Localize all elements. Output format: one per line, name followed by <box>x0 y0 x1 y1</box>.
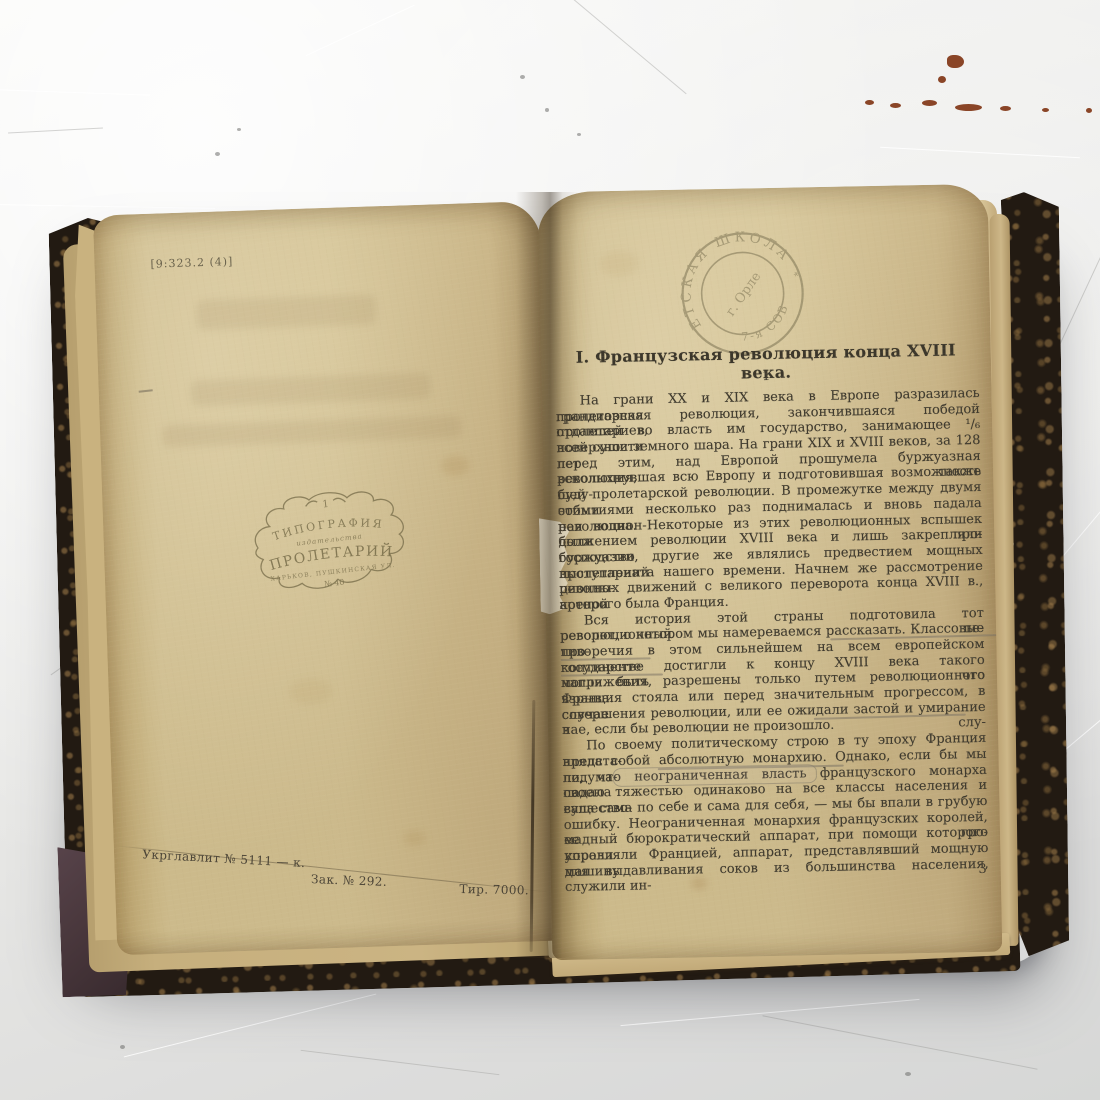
censor-imprint: Укрглавлит № 5111 — к. <box>142 847 306 870</box>
page-number: 3 <box>978 862 987 877</box>
library-classification-mark: [9:323.2 (4)] <box>150 255 233 271</box>
rust-speck <box>955 104 982 111</box>
scratch-mark <box>621 999 920 1026</box>
paper-stain <box>403 830 426 847</box>
paragraph: По своему политическому строю в ту эпоху… <box>562 731 989 880</box>
dirt-speck <box>545 108 549 112</box>
show-through-text <box>190 373 431 407</box>
pencil-mark <box>139 389 153 392</box>
dirt-speck <box>577 133 581 136</box>
right-page: ЕТСКАЯ ШКОЛА 7-я СОВ г. Орле * I. Францу… <box>538 184 1003 960</box>
dirt-speck <box>215 152 220 156</box>
scratch-mark <box>0 204 215 209</box>
rust-speck <box>1086 108 1092 113</box>
paper-stain <box>691 877 707 889</box>
paper-stain <box>441 455 470 476</box>
printer-mark-street-number: № 40 <box>324 578 345 589</box>
body-text: На грани XX и XIX века в Европе разразил… <box>556 386 989 880</box>
pencil-circle <box>613 764 817 787</box>
dirt-speck <box>905 1072 911 1076</box>
rust-speck <box>947 55 964 68</box>
dirt-speck <box>237 128 241 131</box>
rust-speck <box>938 76 946 83</box>
dirt-speck <box>520 75 525 79</box>
dirt-speck <box>120 1045 125 1049</box>
left-page: [9:323.2 (4)] ТИПОГРАФИЯ 1 издательства … <box>93 201 565 955</box>
stamp-center-city: г. Орле <box>723 269 764 319</box>
scratch-mark <box>563 0 686 94</box>
photo-of-open-book: [9:323.2 (4)] ТИПОГРАФИЯ 1 издательства … <box>0 0 1100 1100</box>
scratch-mark <box>124 994 377 1058</box>
order-number-imprint: Зак. № 292. <box>311 872 388 889</box>
show-through-text <box>196 294 377 330</box>
scratch-mark <box>305 5 414 57</box>
rust-speck <box>922 100 937 106</box>
show-through-text <box>162 416 463 448</box>
rust-speck <box>890 103 901 108</box>
scratch-mark <box>301 1050 500 1075</box>
scratch-mark <box>0 89 150 95</box>
paragraph: Вся история этой страны подготовила тот … <box>560 606 986 740</box>
scratch-mark <box>762 1015 1037 1069</box>
paragraph: На грани XX и XIX века в Европе разразил… <box>556 386 984 614</box>
print-run-imprint: Тир. 7000. <box>459 882 529 897</box>
paper-stain <box>599 250 639 277</box>
scratch-mark <box>8 128 103 134</box>
rust-speck <box>865 100 874 105</box>
printer-mark-number-top: 1 <box>322 499 330 511</box>
rust-speck <box>1042 108 1049 112</box>
scratch-mark <box>880 147 1080 158</box>
paper-stain <box>288 678 333 705</box>
rust-speck <box>1000 106 1011 111</box>
printer-mark-cartouche: ТИПОГРАФИЯ 1 издательства „ПРОЛЕТАРИЙ“ Х… <box>244 481 415 603</box>
